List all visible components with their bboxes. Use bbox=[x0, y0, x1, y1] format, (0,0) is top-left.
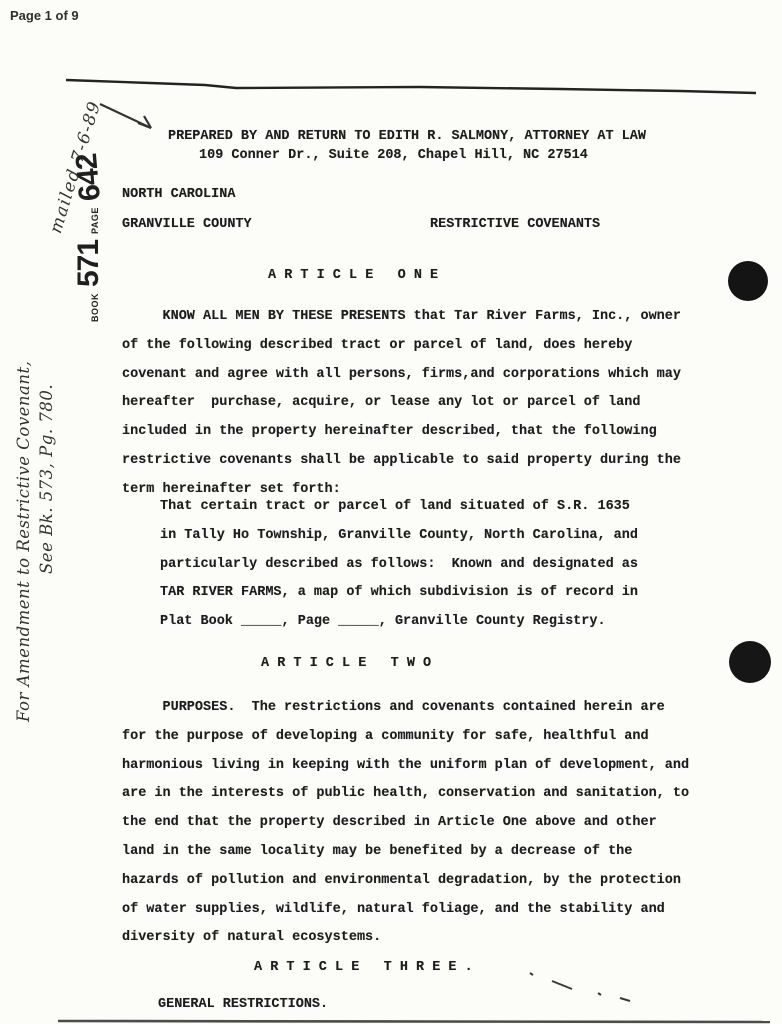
stamp-page-label: PAGE bbox=[90, 207, 100, 234]
prepared-by-line1: PREPARED BY AND RETURN TO EDITH R. SALMO… bbox=[168, 129, 646, 144]
margin-note-line2: See Bk. 573, Pg. 780. bbox=[35, 252, 58, 722]
prepared-by-line2: 109 Conner Dr., Suite 208, Chapel Hill, … bbox=[199, 148, 588, 163]
annotation-arrow bbox=[100, 104, 151, 128]
scan-line-top bbox=[66, 80, 756, 93]
scanned-document-page: Page 1 of 9 mailed 7-6-89 For Amendment … bbox=[0, 0, 782, 1024]
article-one-body: KNOW ALL MEN BY THESE PRESENTS that Tar … bbox=[122, 303, 681, 505]
hole-punch-dot-bottom bbox=[729, 641, 771, 683]
hole-punch-dot-top bbox=[728, 261, 768, 301]
property-description: That certain tract or parcel of land sit… bbox=[160, 493, 638, 637]
stamp-page-number: 642 bbox=[70, 153, 108, 203]
page-indicator: Page 1 of 9 bbox=[10, 8, 79, 23]
stamp-book-number: 571 bbox=[72, 240, 106, 287]
article-two-body: PURPOSES. The restrictions and covenants… bbox=[122, 694, 689, 953]
article-two-heading: A R T I C L E T W O bbox=[261, 656, 431, 671]
scan-noise-marks bbox=[530, 973, 630, 1001]
margin-note-line1: For Amendment to Restrictive Covenant, bbox=[14, 361, 33, 722]
county-label: GRANVILLE COUNTY bbox=[122, 217, 252, 232]
book-page-stamp: BOOK 571 PAGE 642 bbox=[72, 154, 106, 322]
article-three-heading: A R T I C L E T H R E E . bbox=[254, 960, 473, 975]
general-restrictions-subheading: GENERAL RESTRICTIONS. bbox=[158, 997, 328, 1012]
article-one-heading: A R T I C L E O N E bbox=[268, 268, 438, 283]
scan-line-bottom bbox=[58, 1021, 770, 1022]
document-title: RESTRICTIVE COVENANTS bbox=[430, 217, 600, 232]
handwritten-margin-note: For Amendment to Restrictive Covenant, S… bbox=[12, 252, 58, 722]
state-label: NORTH CAROLINA bbox=[122, 187, 235, 202]
stamp-book-label: BOOK bbox=[90, 293, 100, 322]
